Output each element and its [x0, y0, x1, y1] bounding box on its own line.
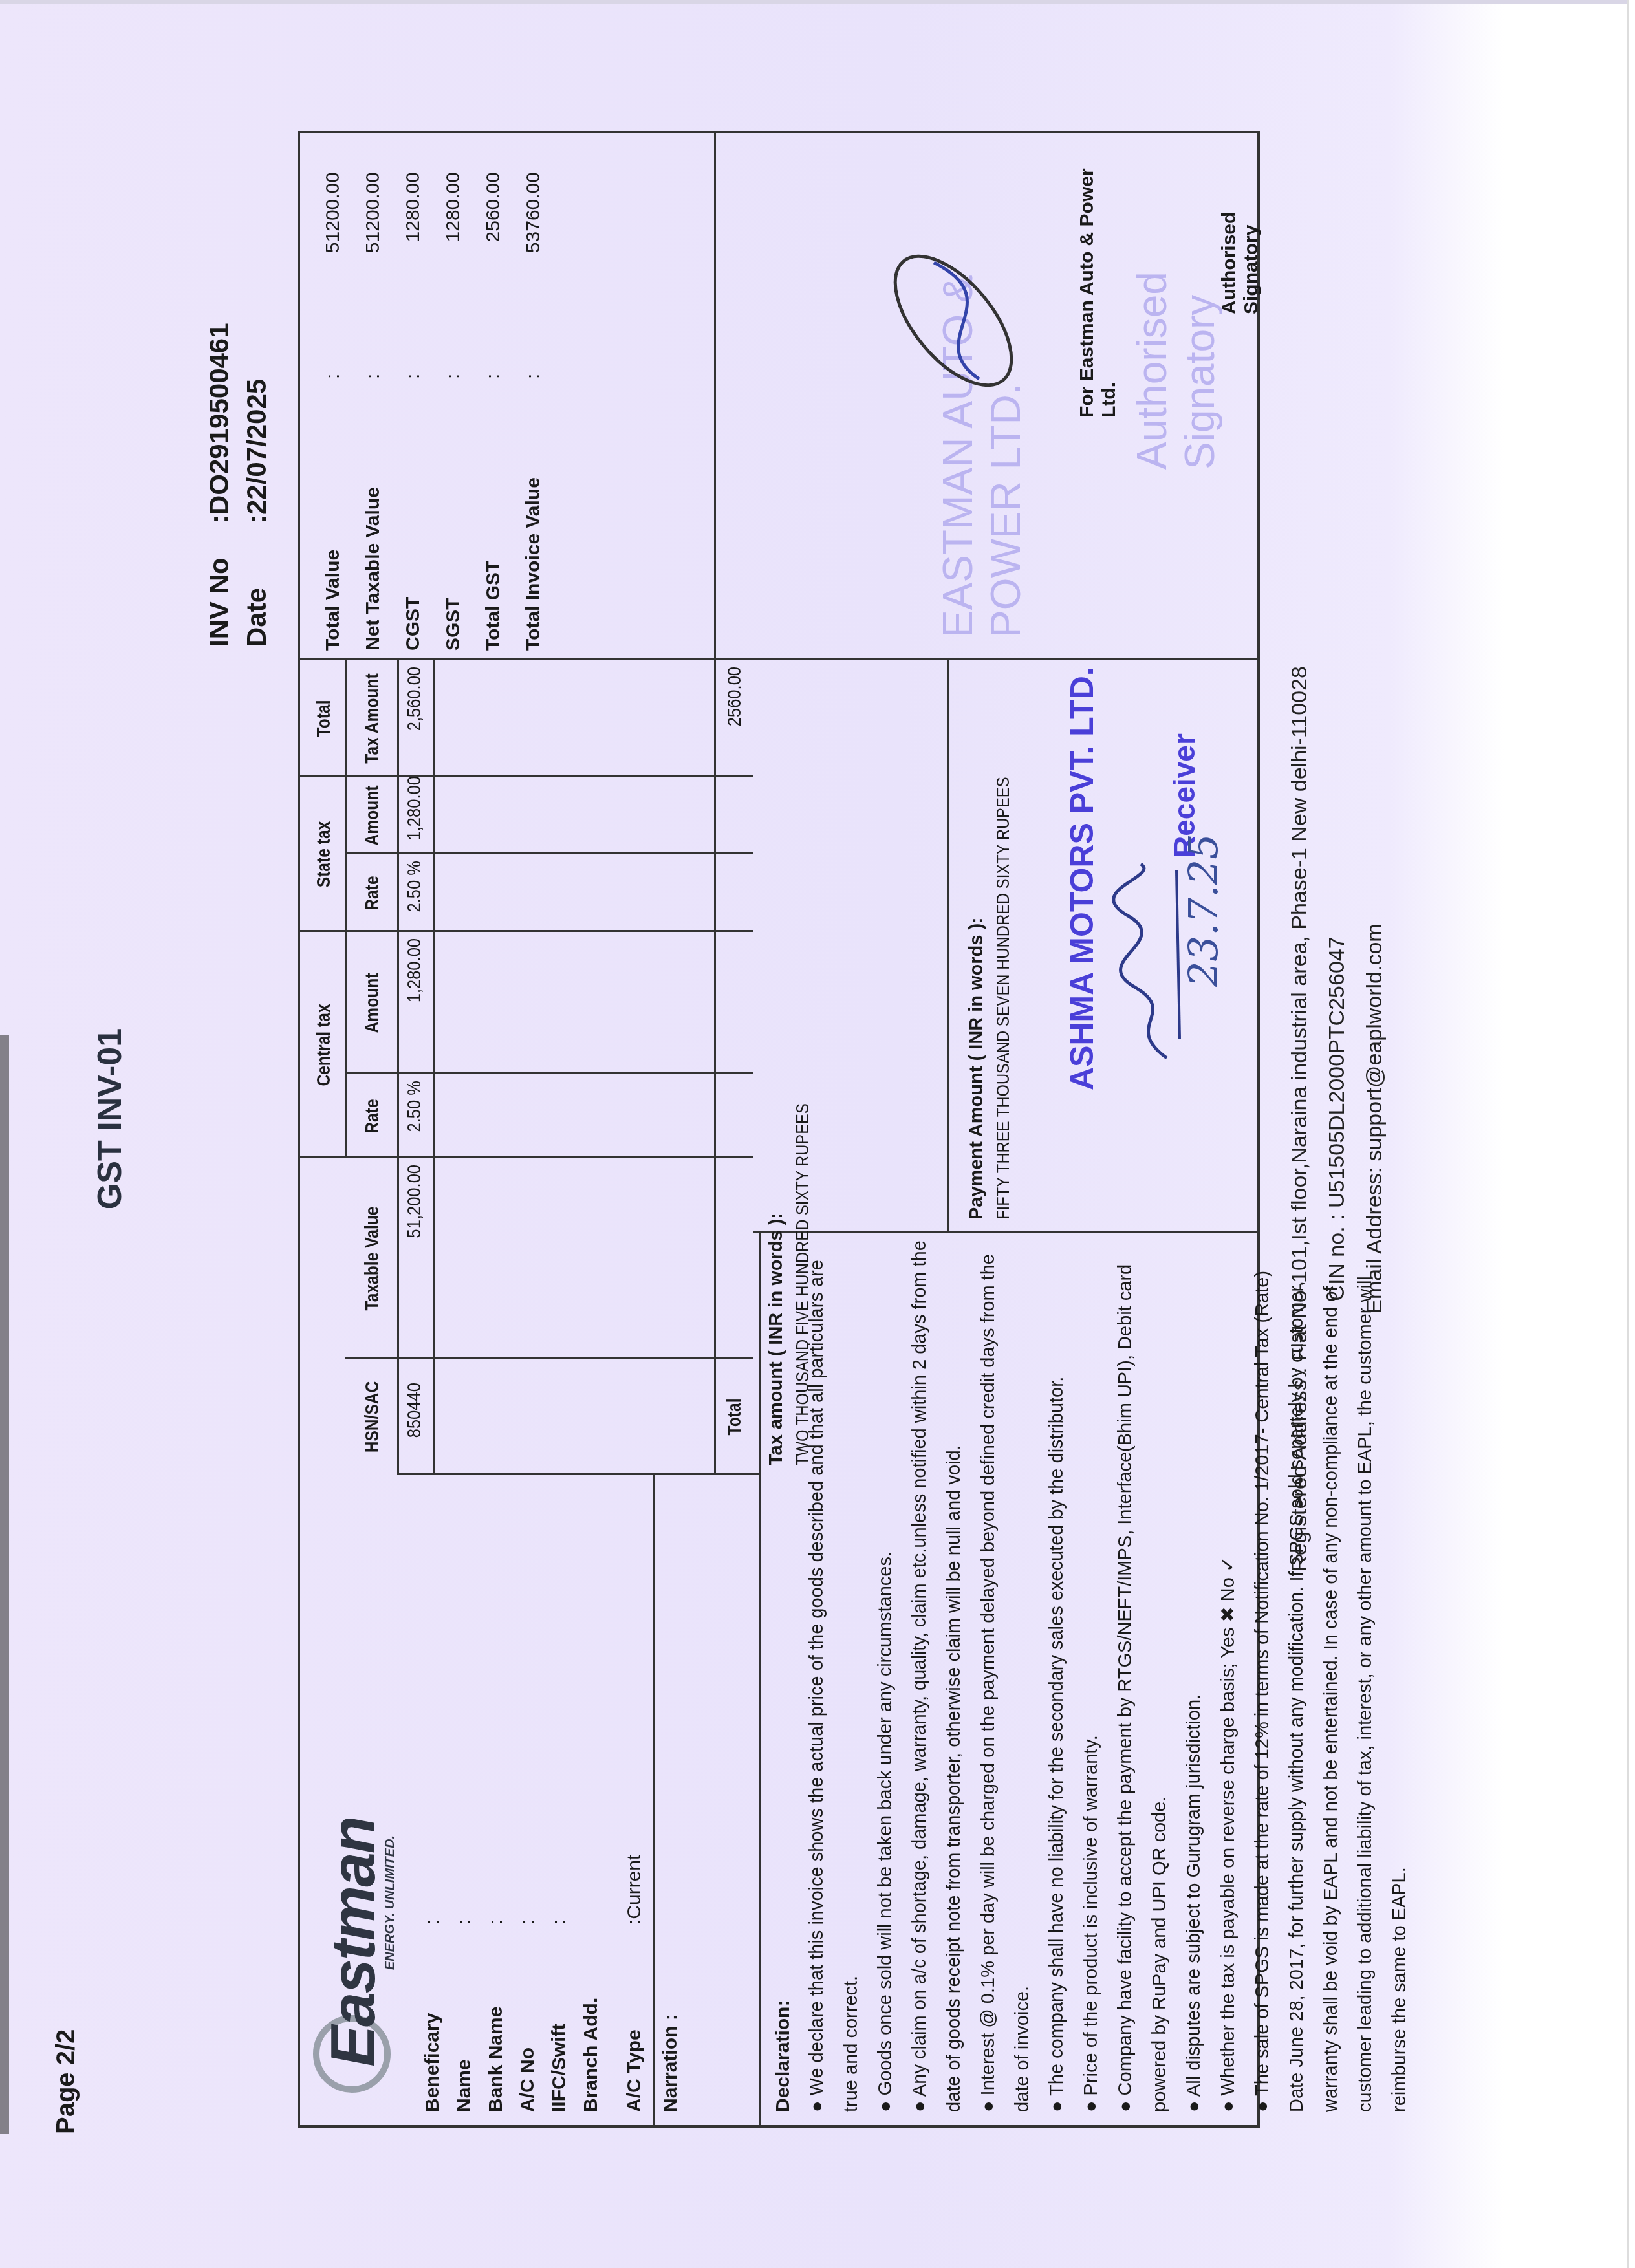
- beneficiary-separator: :: [422, 1919, 443, 1925]
- table-gridline: [714, 660, 716, 1475]
- declaration-point: ● Goods once sold will not be taken back…: [869, 1233, 903, 2112]
- column-header: Amount: [362, 784, 384, 847]
- footer: Registered Address : Flat No-101,Ist flo…: [1281, 84, 1393, 2154]
- column-header: HSN/SAC: [362, 1369, 384, 1465]
- summary-row: Total Value:51200.00: [313, 172, 353, 651]
- registered-address: Registered Address : Flat No-101,Ist flo…: [1281, 84, 1318, 2154]
- table-gridline: [345, 1072, 753, 1074]
- summary-row: Total Invoice Value:53760.00: [514, 172, 554, 651]
- beneficiary-row: Bank Name:: [480, 1855, 512, 2112]
- divider: [714, 133, 716, 660]
- column-header: Rate: [362, 1082, 384, 1151]
- summary-value: 53760.00: [514, 172, 554, 340]
- table-gridline: [345, 660, 347, 1158]
- summary-row: SGST:1280.00: [433, 172, 473, 651]
- table-cell: 850440: [404, 1365, 426, 1455]
- beneficiary-label: A/C No: [512, 1925, 543, 2112]
- summary-value: 1280.00: [433, 172, 473, 340]
- payment-words-label: Payment Amount ( INR in words ):: [966, 664, 988, 1220]
- table-gridline: [433, 660, 435, 1475]
- declaration-point: ● Interest @ 0.1% per day will be charge…: [971, 1233, 1040, 2112]
- invoice-meta: INV No:DO2919500461 Date:22/07/2025: [200, 323, 276, 647]
- beneficiary-row: IIFC/Swift:: [543, 1855, 575, 2112]
- column-header: Amount: [362, 945, 384, 1061]
- scan-top-edge: [0, 0, 1635, 4]
- summary-row: Total GST:2560.00: [473, 172, 514, 651]
- summary-row: CGST:1280.00: [393, 172, 433, 651]
- receiver-signature-icon: [1109, 858, 1186, 1064]
- beneficiary-label: Branch Add.: [575, 1925, 607, 2112]
- summary-separator: :: [353, 340, 393, 379]
- beneficiary-label: IIFC/Swift: [543, 1925, 575, 2112]
- beneficiary-row: A/C Type:Current: [618, 1855, 650, 2112]
- declaration-point: ● Whether the tax is payable on reverse …: [1211, 1233, 1246, 2112]
- document-title: GST INV-01: [91, 84, 129, 2154]
- authorised-signature-icon: [882, 237, 1031, 418]
- items-table: Central taxState taxTotalHSN/SACTaxable …: [300, 660, 753, 1475]
- divider: [753, 1231, 1257, 1233]
- declaration-point: ● Price of the product is inclusive of w…: [1074, 1233, 1109, 2112]
- summary-value: 51200.00: [313, 172, 353, 340]
- beneficiary-label: Beneficary: [417, 1925, 448, 2112]
- summary-row: Net Taxable Value:51200.00: [353, 172, 393, 651]
- summary-separator: :: [473, 340, 514, 379]
- divider: [759, 1233, 761, 2125]
- tax-words-label: Tax amount ( INR in words ):: [766, 670, 787, 1465]
- authorised-seal-stamp: Authorised Signatory: [1128, 133, 1224, 470]
- beneficiary-value: :Current: [623, 1855, 645, 1925]
- table-gridline: [404, 1473, 753, 1475]
- scan-right-edge: [1627, 0, 1635, 2268]
- cin-number: CIN no. : U51505DL2000PTC256047: [1318, 84, 1356, 2154]
- summary-separator: :: [514, 340, 554, 379]
- beneficiary-details: Beneficary:Name:Bank Name:A/C No:IIFC/Sw…: [417, 1855, 650, 2112]
- email-address: Email Address: support@eaplworld.com: [1356, 84, 1393, 2154]
- narration-label: Narration :: [660, 2014, 682, 2112]
- beneficiary-label: Name: [448, 1925, 480, 2112]
- inv-no-value: :DO2919500461: [204, 323, 234, 524]
- receiver-signature-date: 23.7.25: [1180, 834, 1227, 987]
- summary-value: 2560.00: [473, 172, 514, 340]
- header-total: Total: [313, 671, 335, 766]
- summary-label: Net Taxable Value: [353, 379, 393, 651]
- summary-separator: :: [313, 340, 353, 379]
- eastman-logo: Eastman ENERGY. UNLIMITED.: [307, 1769, 404, 2106]
- summary-value: 1280.00: [393, 172, 433, 340]
- table-cell: 1,280.00: [404, 783, 426, 840]
- table-gridline: [345, 1156, 753, 1158]
- scan-left-shadow: [0, 1035, 9, 2134]
- divider: [653, 1475, 655, 2125]
- tax-words-value: TWO THOUSAND FIVE HUNDRED SIXTY RUPEES: [792, 1103, 813, 1465]
- authorised-signatory-label: Authorised Signatory: [1218, 133, 1262, 314]
- brand-tagline: ENERGY. UNLIMITED.: [383, 1835, 398, 1970]
- brand-name: Eastman: [318, 1817, 389, 2067]
- payment-in-words: Payment Amount ( INR in words ): FIFTY T…: [966, 664, 1013, 1220]
- beneficiary-separator: :: [453, 1919, 475, 1925]
- beneficiary-separator: :: [485, 1919, 506, 1925]
- table-cell: 2.50 %: [404, 1081, 426, 1143]
- table-total-label: Total: [724, 1369, 746, 1465]
- table-cell: 2,560.00: [404, 667, 426, 757]
- header-central-tax: Central tax: [313, 953, 335, 1138]
- table-gridline: [345, 930, 753, 932]
- summary-label: Total GST: [473, 379, 514, 651]
- declaration-point: ● Any claim on a/c of shortage, damage, …: [903, 1233, 971, 2112]
- divider: [947, 660, 949, 1233]
- table-cell: 2.50 %: [404, 861, 426, 918]
- date-value: :22/07/2025: [241, 379, 272, 524]
- for-company-label: For Eastman Auto & Power Ltd.: [1076, 133, 1120, 418]
- inv-no-label: INV No: [200, 524, 238, 647]
- summary-label: SGST: [433, 379, 473, 651]
- table-gridline: [345, 1357, 753, 1359]
- beneficiary-label: Bank Name: [480, 1925, 512, 2112]
- beneficiary-separator: :: [517, 1919, 538, 1925]
- summary-separator: :: [393, 340, 433, 379]
- summary-value: 51200.00: [353, 172, 393, 340]
- beneficiary-label: A/C Type: [618, 1925, 650, 2112]
- beneficiary-row: Name:: [448, 1855, 480, 2112]
- page-number: Page 2/2: [52, 2029, 81, 2134]
- summary-totals: Total Value:51200.00Net Taxable Value:51…: [313, 172, 554, 651]
- summary-label: Total Invoice Value: [514, 379, 554, 651]
- invoice-sheet: GST INV-01 INV No:DO2919500461 Date:22/0…: [91, 84, 1319, 2154]
- summary-label: CGST: [393, 379, 433, 651]
- beneficiary-row: Beneficary:: [417, 1855, 448, 2112]
- beneficiary-separator: :: [548, 1919, 570, 1925]
- table-cell: 1,280.00: [404, 938, 426, 1050]
- tax-in-words: Tax amount ( INR in words ): TWO THOUSAN…: [766, 670, 813, 1465]
- declaration-point: ● The company shall have no liability fo…: [1040, 1233, 1074, 2112]
- column-header: Tax Amount: [362, 671, 384, 766]
- table-cell: 51,200.00: [404, 1165, 426, 1326]
- declaration-point: ● All disputes are subject to Gurugram j…: [1177, 1233, 1211, 2112]
- payment-words-value: FIFTY THREE THOUSAND SEVEN HUNDRED SIXTY…: [993, 777, 1013, 1220]
- table-gridline: [345, 852, 753, 854]
- header-state-tax: State tax: [313, 791, 335, 918]
- summary-separator: :: [433, 340, 473, 379]
- summary-label: Total Value: [313, 379, 353, 651]
- beneficiary-row: A/C No:: [512, 1855, 543, 2112]
- date-label: Date: [238, 524, 276, 647]
- receiver-company-stamp: ASHMA MOTORS PVT. LTD.: [1063, 667, 1101, 1090]
- table-total-tax: 2560.00: [724, 667, 746, 757]
- invoice-frame: Eastman ENERGY. UNLIMITED. Beneficary:Na…: [298, 131, 1260, 2128]
- column-header: Taxable Value: [362, 1176, 384, 1341]
- declaration-point: ● Company have facility to accept the pa…: [1109, 1233, 1177, 2112]
- column-header: Rate: [362, 861, 384, 925]
- beneficiary-row: Branch Add.: [575, 1855, 607, 2112]
